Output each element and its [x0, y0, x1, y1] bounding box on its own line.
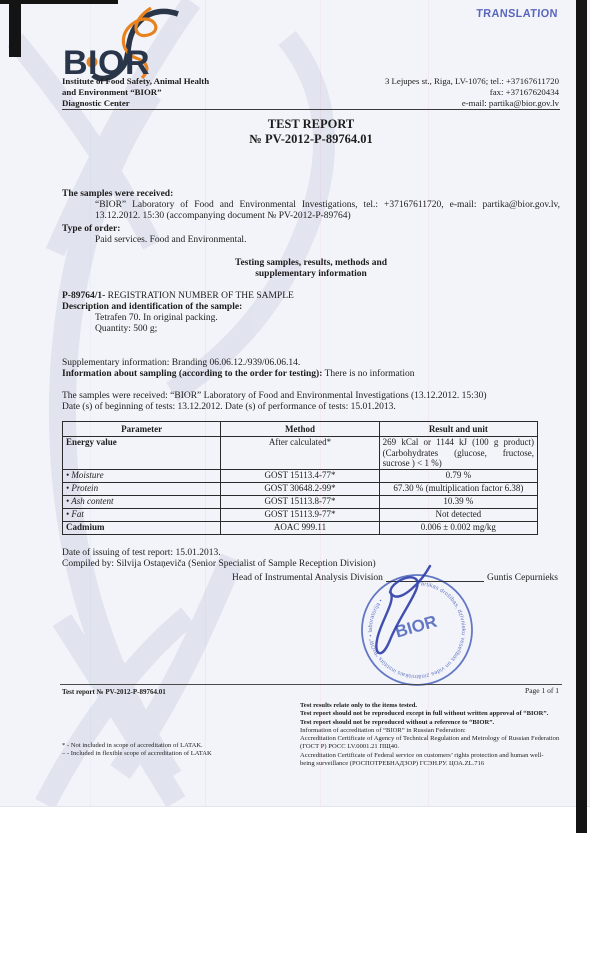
received-lab-line: The samples were received: “BIOR” Labora…: [62, 391, 487, 401]
scanned-test-report: { "translation_stamp": "TRANSLATION", "l…: [0, 0, 590, 971]
footnote-line: Accreditation Certificate of Federal ser…: [300, 752, 559, 760]
parameter-cell: Cadmium: [63, 521, 221, 534]
col-header-result: Result and unit: [379, 422, 537, 437]
results-table: Parameter Method Result and unit Energy …: [62, 421, 538, 535]
registration-number: P-89764/1-: [62, 291, 105, 301]
report-title: TEST REPORT: [62, 117, 560, 132]
table-row: • Moisture GOST 15113.4-77* 0.79 %: [63, 469, 538, 482]
signatory-name: Guntis Cepurnieks: [487, 573, 558, 583]
col-header-parameter: Parameter: [63, 422, 221, 437]
samples-received-label: The samples were received:: [62, 189, 173, 199]
footnote-line: (ГОСТ Р) РОСС LV.0001.21 ПЩ40.: [300, 743, 559, 751]
header-divider: [62, 109, 560, 110]
footer-page-number: Page 1 of 1: [525, 686, 559, 695]
scan-artifact-corner: [9, 0, 21, 57]
sample-quantity-line: Quantity: 500 g;: [95, 324, 157, 334]
contact-email: e-mail: partika@bior.gov.lv: [385, 98, 559, 109]
sample-description-label: Description and identification of the sa…: [62, 302, 242, 312]
parameter-cell: Energy value: [63, 437, 221, 470]
sampling-info-label: Information about sampling (according to…: [62, 369, 322, 379]
handwritten-signature: [348, 548, 468, 668]
method-cell: After calculated*: [221, 437, 379, 470]
footnote-conditions-right: Test results relate only to the items te…: [300, 702, 559, 768]
table-row: Energy value After calculated* 269 kCal …: [63, 437, 538, 470]
scan-artifact-right-edge: [576, 0, 587, 833]
footnote-line: Test report should not be reproduced exc…: [300, 710, 559, 718]
method-cell: GOST 30648.2-99*: [221, 482, 379, 495]
col-header-method: Method: [221, 422, 379, 437]
issuing-date-line: Date of issuing of test report: 15.01.20…: [62, 548, 221, 558]
sample-description-line: Tetrafen 70. In original packing.: [95, 313, 218, 323]
contact-address: 3 Lejupes st., Riga, LV-1076; tel.: +371…: [385, 76, 559, 87]
footnote-line: being surveillance (РОСПОТРЕБНАДЗОР) ГСЭ…: [300, 760, 559, 768]
section-heading-line2: supplementary information: [62, 269, 560, 279]
result-cell: 67.30 % (multiplication factor 6.38): [379, 482, 537, 495]
compiled-by-line: Compiled by: Silvija Ostaņeviča (Senior …: [62, 559, 376, 569]
report-number: № PV-2012-P-89764.01: [62, 132, 560, 147]
parameter-cell: • Fat: [63, 508, 221, 521]
footnote-line: – - Included in flexible scope of accred…: [62, 750, 212, 758]
method-cell: GOST 15113.4-77*: [221, 469, 379, 482]
samples-received-body: “BIOR” Laboratory of Food and Environmen…: [95, 200, 560, 223]
registration-number-line: P-89764/1- REGISTRATION NUMBER OF THE SA…: [62, 291, 294, 301]
method-cell: GOST 15113.9-77*: [221, 508, 379, 521]
method-cell: AOAC 999.11: [221, 521, 379, 534]
table-header-row: Parameter Method Result and unit: [63, 422, 538, 437]
supplementary-info-line: Supplementary information: Branding 06.0…: [62, 358, 300, 368]
contact-block: 3 Lejupes st., Riga, LV-1076; tel.: +371…: [385, 76, 559, 108]
parameter-cell: • Moisture: [63, 469, 221, 482]
method-cell: GOST 15113.8-77*: [221, 495, 379, 508]
footnote-line: Information of accreditation of “BIOR” i…: [300, 727, 559, 735]
footer-report-ref: Test report № PV-2012-P-89764.01: [62, 688, 166, 696]
org-line: Institute of Food Safety, Animal Health: [62, 76, 209, 87]
sampling-info-line: Information about sampling (according to…: [62, 369, 415, 379]
test-dates-line: Date (s) of beginning of tests: 13.12.20…: [62, 402, 396, 412]
registration-caption: REGISTRATION NUMBER OF THE SAMPLE: [105, 291, 294, 301]
org-line: Diagnostic Center: [62, 98, 209, 109]
result-cell: Not detected: [379, 508, 537, 521]
footnote-line: Accreditation Certificate of Agency of T…: [300, 735, 559, 743]
org-line: and Environment “BIOR”: [62, 87, 209, 98]
table-row: • Protein GOST 30648.2-99* 67.30 % (mult…: [63, 482, 538, 495]
org-name-block: Institute of Food Safety, Animal Health …: [62, 76, 209, 108]
result-cell: 269 kCal or 1144 kJ (100 g product) (Car…: [379, 437, 537, 470]
result-cell: 0.006 ± 0.002 mg/kg: [379, 521, 537, 534]
contact-fax: fax: +37167620434: [385, 87, 559, 98]
footnote-line: Test report should not be reproduced wit…: [300, 719, 559, 727]
section-heading-line1: Testing samples, results, methods and: [62, 258, 560, 268]
table-row: • Ash content GOST 15113.8-77* 10.39 %: [63, 495, 538, 508]
result-cell: 0.79 %: [379, 469, 537, 482]
footer-divider: [60, 684, 562, 685]
translation-stamp: TRANSLATION: [476, 8, 558, 20]
footnote-line: * - Not included in scope of accreditati…: [62, 742, 212, 750]
table-row: Cadmium AOAC 999.11 0.006 ± 0.002 mg/kg: [63, 521, 538, 534]
order-type-label: Type of order:: [62, 224, 120, 234]
parameter-cell: • Ash content: [63, 495, 221, 508]
result-cell: 10.39 %: [379, 495, 537, 508]
order-type-body: Paid services. Food and Environmental.: [95, 235, 246, 245]
table-row: • Fat GOST 15113.9-77* Not detected: [63, 508, 538, 521]
parameter-cell: • Protein: [63, 482, 221, 495]
sampling-info-value: There is no information: [322, 369, 414, 379]
footnote-accreditation-left: * - Not included in scope of accreditati…: [62, 742, 212, 759]
footnote-line: Test results relate only to the items te…: [300, 702, 559, 710]
